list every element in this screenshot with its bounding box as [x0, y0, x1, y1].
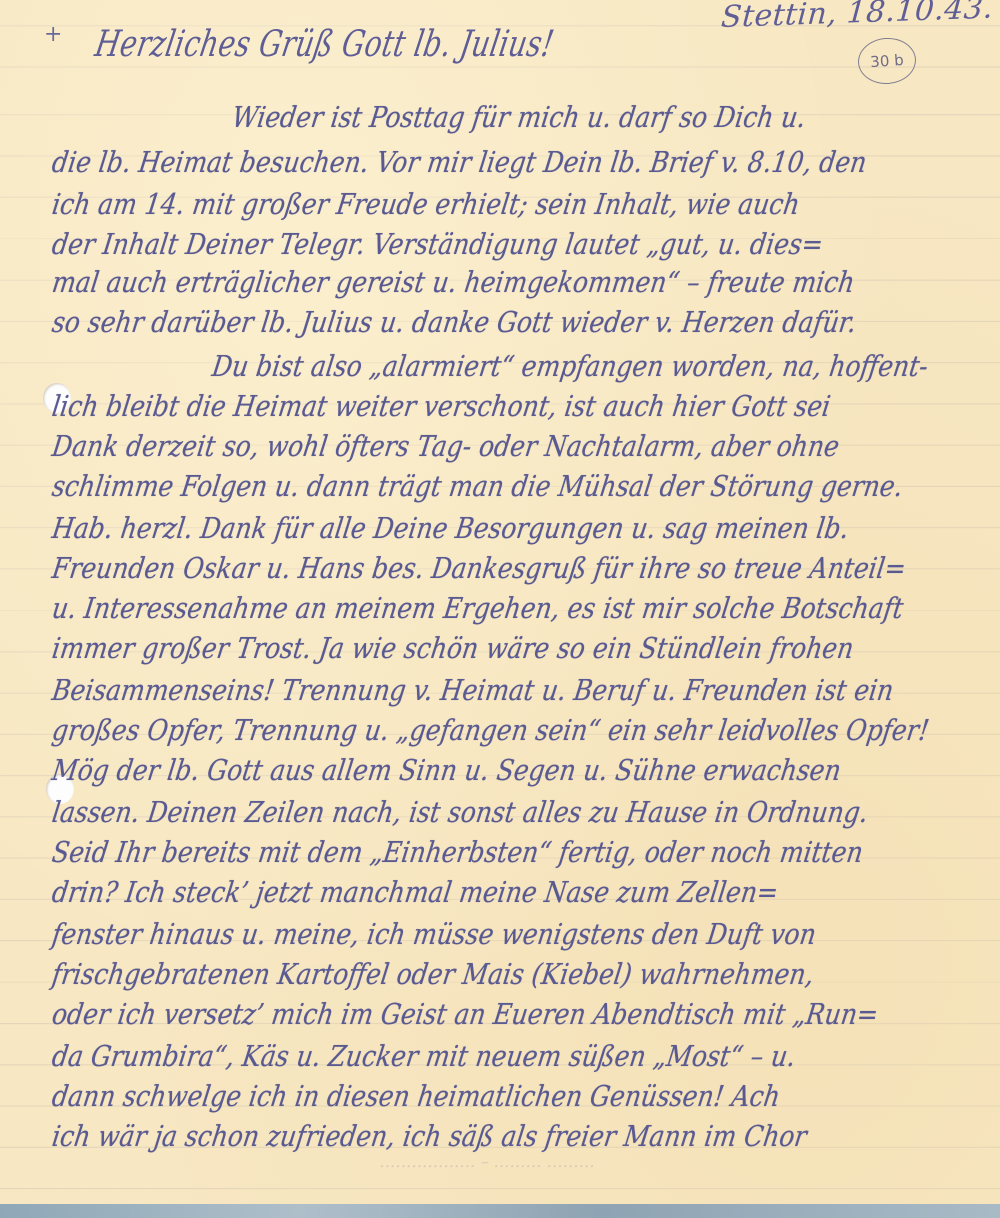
- letter-line: mal auch erträglicher gereist u. heimgek…: [50, 266, 857, 299]
- letter-line: ich wär ja schon zufrieden, ich säß als …: [50, 1120, 809, 1153]
- scan-edge-strip: [0, 1204, 1000, 1218]
- letter-line: Dank derzeit so, wohl öfters Tag- oder N…: [50, 430, 841, 463]
- letter-line: die lb. Heimat besuchen. Vor mir liegt D…: [50, 146, 869, 179]
- letter-line: Mög der lb. Gott aus allem Sinn u. Segen…: [50, 754, 843, 787]
- letter-line: Seid Ihr bereits mit dem „Einherbsten“ f…: [50, 836, 865, 869]
- letter-line: Beisammenseins! Trennung v. Heimat u. Be…: [50, 674, 896, 707]
- letter-line: ich am 14. mit großer Freude erhielt; se…: [50, 188, 802, 221]
- letter-line: da Grumbira“, Käs u. Zucker mit neuem sü…: [50, 1040, 798, 1073]
- letter-line: lassen. Deinen Zeilen nach, ist sonst al…: [50, 796, 870, 829]
- letter-line: drin? Ich steck’ jetzt manchmal meine Na…: [50, 876, 780, 909]
- letter-line: Freunden Oskar u. Hans bes. Dankesgruß f…: [50, 552, 908, 585]
- salutation: Herzliches Grüß Gott lb. Julius!: [92, 22, 557, 65]
- bleed-through-text: ……………… – ……… ………: [379, 1152, 597, 1171]
- letter-line: lich bleibt die Heimat weiter verschont,…: [50, 390, 833, 423]
- letter-line: dann schwelge ich in diesen heimatlichen…: [50, 1080, 782, 1113]
- letter-line: so sehr darüber lb. Julius u. danke Gott…: [50, 306, 859, 339]
- letter-line: schlimme Folgen u. dann trägt man die Mü…: [50, 470, 905, 503]
- letter-line: großes Opfer, Trennung u. „gefangen sein…: [50, 714, 931, 747]
- letter-line: oder ich versetz’ mich im Geist an Euere…: [50, 998, 880, 1031]
- letter-line: Du bist also „alarmiert“ empfangen worde…: [210, 350, 930, 383]
- cross-mark: +: [44, 22, 63, 47]
- letter-line: fenster hinaus u. meine, ich müsse wenig…: [50, 918, 818, 951]
- letter-line: frischgebratenen Kartoffel oder Mais (Ki…: [50, 958, 816, 991]
- letter-line: der Inhalt Deiner Telegr. Verständigung …: [50, 228, 825, 261]
- letter-line: Hab. herzl. Dank für alle Deine Besorgun…: [50, 512, 851, 545]
- letter-line: Wieder ist Posttag für mich u. darf so D…: [230, 101, 808, 134]
- letter-line: u. Interessenahme an meinem Ergehen, es …: [50, 592, 905, 625]
- letter-line: immer großer Trost. Ja wie schön wäre so…: [50, 632, 856, 665]
